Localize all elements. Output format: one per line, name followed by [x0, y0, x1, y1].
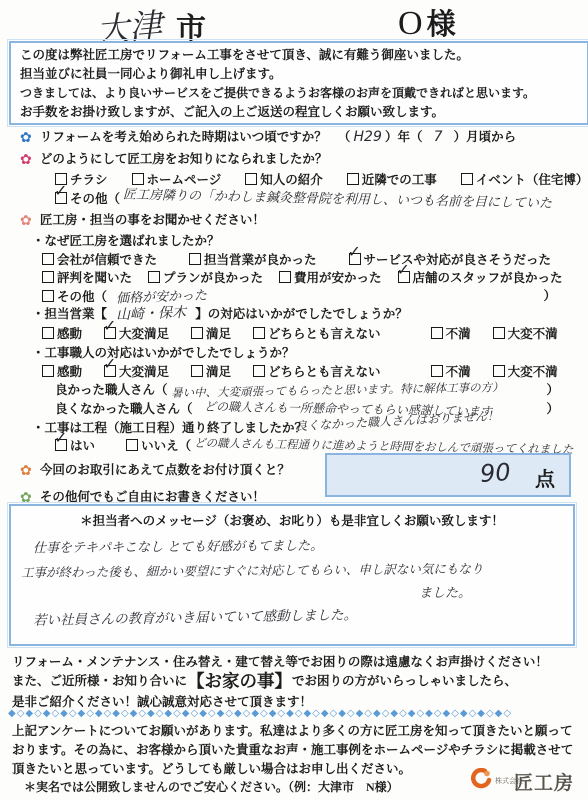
good-worker-row: 良かった職人さん（ 暑い中、大変頑張ってもらったと思います。特に解体工事の方） … [55, 380, 575, 398]
option-label: 費用が安かった [294, 271, 382, 285]
greeting-line-4: お手数をお掛け致しますが、ご記入の上ご返送の程宜しくお願い致します。 [20, 103, 578, 122]
rating-label: 感動 [57, 365, 82, 379]
checkbox-rating-very-unsatisfied[interactable] [493, 327, 505, 339]
checkbox-rating-unsatisfied[interactable] [431, 327, 443, 339]
paren-close: ） [543, 286, 556, 304]
question-period-label: リフォームを考え始められた時期はいつ頃ですか？ [40, 130, 327, 144]
checkbox-plan[interactable] [148, 271, 160, 283]
period-year-value: H29 [354, 129, 382, 145]
flower-bullet-icon: ✿ [20, 131, 32, 146]
checkbox-rating-very-unsatisfied[interactable] [493, 365, 505, 377]
sales-rating-row: 感動 ✓大変満足 満足 どちらとも言えない 不満 大変不満 [42, 324, 558, 342]
option-label: 会社が信頼できた [57, 253, 157, 267]
checkbox-nearby-work[interactable] [347, 173, 359, 185]
workers-question: ・工事職人の対応はいかがでしたでしょうか？ [32, 343, 295, 361]
checkbox-rating-kando[interactable] [42, 365, 54, 377]
schedule-label: 工事は工程（施工日程）通り終了しましたか？ [45, 421, 308, 435]
option-label: イベント（住宅博） [476, 173, 588, 187]
customer-initial: O [398, 5, 423, 42]
why-row-2: 評判を聞いた プランが良かった 費用が安かった ✓店舗のスタッフが良かった [42, 268, 563, 286]
yes-label: はい [70, 439, 95, 453]
checkbox-rating-very-satisfied-checked[interactable]: ✓ [104, 327, 116, 339]
rating-label: 不満 [446, 327, 471, 341]
checkbox-other-checked[interactable]: ✓ [55, 192, 67, 204]
company-logo: 株式会社 匠工房 [470, 768, 574, 795]
option-label: サービスや対応が良さそうだった [364, 253, 552, 267]
checkbox-rating-neutral[interactable] [253, 327, 265, 339]
greeting-line-1: この度は弊社匠工房でリフォーム工事をさせて頂き、誠に有難う御座いました。 [20, 46, 578, 65]
other-label: その他（ [70, 192, 120, 206]
customer-suffix: 様 [427, 9, 456, 41]
score-value-handwritten: 90 [480, 458, 512, 488]
comment-line-3: 若い社員さんの教育がいき届いていて感動しました。 [33, 603, 357, 629]
checkbox-referral[interactable] [245, 173, 257, 185]
diamond-divider: ◆◇◆◇◆◇◆◇◆◇◆◇◆◇◆◇◆◇◆◇◆◇◆◇◆◇◆◇◆◇◆◇◆◇◆◇◆◇◆◇… [8, 708, 580, 719]
footer-note: ＊実名では公開致しませんのでご安心ください。（例：大津市 N様） [24, 778, 399, 795]
checkbox-no[interactable] [126, 439, 138, 451]
option-label: 店舗のスタッフが良かった [413, 271, 563, 285]
sales-pre: 担当営業【 [45, 307, 108, 321]
rating-label: 大変不満 [508, 365, 558, 379]
question-source: ✿ どのようにして匠工房をお知りになられましたか？ [20, 149, 327, 169]
rating-label: 大変不満 [508, 327, 558, 341]
good-worker-label: 良かった職人さん（ [55, 383, 168, 397]
checkbox-cost[interactable] [279, 271, 291, 283]
question-free-label: その他何でもご自由にお書きください！ [40, 490, 265, 504]
footer-line-2-pre: また、ご近所様・お知り合いに [12, 671, 187, 689]
checkbox-trust[interactable] [42, 253, 54, 265]
check-icon: ✓ [348, 244, 361, 260]
why-row-1: 会社が信頼できた 担当営業が良かった ✓サービスや対応が良さそうだった [42, 250, 551, 268]
score-box: 90 点 [325, 453, 571, 497]
comment-box-header: ＊担当者へのメッセージ（お褒め、お叱り）も是非宜しくお願い致します！ [11, 511, 573, 529]
paren-open: （ [338, 130, 351, 144]
question-company: ✿ 匠工房・担当の事をお聞かせください！ [20, 210, 265, 230]
no-label: いいえ（ [141, 439, 191, 453]
checkbox-why-other[interactable] [42, 290, 54, 302]
other-label: その他（ [57, 290, 107, 304]
rating-label: 不満 [446, 365, 471, 379]
check-icon: ✓ [397, 262, 410, 278]
why-question: ・なぜ匠工房を選ばれましたか？ [32, 231, 220, 249]
rating-label: どちらとも言えない [268, 365, 381, 379]
greeting-box: この度は弊社匠工房でリフォーム工事をさせて頂き、誠に有難う御座いました。 担当並… [9, 41, 588, 125]
schedule-answer-row: ✓はい いいえ（ どの職人さんも工程通りに進めようと時間をおしんで頑張ってくれま… [55, 436, 574, 454]
option-label: 担当営業が良かった [204, 253, 317, 267]
flower-bullet-icon: ✿ [20, 153, 32, 168]
checkbox-sales-good[interactable] [189, 253, 201, 265]
paren-close: ）月頃から [454, 130, 517, 144]
question-score-label: 今回のお取引にあえて点数をお付け頂くと？ [40, 463, 290, 477]
logo-swirl-icon [470, 768, 492, 795]
comment-line-2: 工事が終わった後も、細かい要望にすぐに対応してもらい、申し訳ない気にもなり [21, 559, 484, 581]
checkbox-service-checked[interactable]: ✓ [349, 253, 361, 265]
workers-rating-row: 感動 ✓大変満足 満足 どちらとも言えない 不満 大変不満 [42, 362, 558, 380]
checkbox-shop-staff-checked[interactable]: ✓ [398, 271, 410, 283]
rating-label: どちらとも言えない [268, 327, 381, 341]
check-icon: ✓ [103, 356, 116, 372]
footer-line-2-emphasis: 【お家の事】 [187, 668, 292, 693]
greeting-line-2: 担当並びに社員一同心より御礼申し上げます。 [20, 65, 578, 84]
option-label: チラシ [70, 173, 108, 187]
score-unit: 点 [535, 463, 555, 492]
checkbox-reputation[interactable] [42, 271, 54, 283]
rating-label: 大変満足 [119, 365, 169, 379]
rating-label: 感動 [57, 327, 82, 341]
logo-company-type: 株式会社 [495, 778, 511, 785]
schedule-question: ・工事は工程（施工日程）通り終了しましたか？ [32, 418, 307, 436]
rating-label: 大変満足 [119, 327, 169, 341]
checkbox-yes-checked[interactable]: ✓ [55, 439, 67, 451]
free-comment-box: ＊担当者へのメッセージ（お褒め、お叱り）も是非宜しくお願い致します！ 仕事をテキ… [9, 504, 575, 646]
rating-label: 満足 [206, 365, 231, 379]
option-label: 評判を聞いた [57, 271, 132, 285]
rating-label: 満足 [206, 327, 231, 341]
option-label: 近隣での工事 [362, 173, 437, 187]
checkbox-rating-unsatisfied[interactable] [431, 365, 443, 377]
checkbox-rating-kando[interactable] [42, 327, 54, 339]
sales-question: ・担当営業【 山崎・保木 】の対応はいかがでしたでしょうか？ [32, 303, 408, 323]
flower-bullet-icon: ✿ [20, 214, 32, 229]
option-label: 知人の紹介 [260, 173, 323, 187]
check-icon: ✓ [103, 318, 116, 334]
checkbox-event[interactable] [461, 173, 473, 185]
question-period: ✿ リフォームを考え始められた時期はいつ頃ですか？ （ H29 ）年（ 7 ）月… [20, 127, 516, 147]
question-score: ✿ 今回のお取引にあえて点数をお付け頂くと？ [20, 460, 290, 480]
comment-line-1: 仕事をテキパキこなし とても好感がもてました。 [33, 535, 323, 557]
checkbox-rating-satisfied[interactable] [191, 365, 203, 377]
source-other-row: ✓その他（ 匠工房隣りの「かわしま鍼灸整骨院を利用し、いつも名前を目にしていた [55, 188, 552, 207]
footer-line-2-post: でお困りの方がいらっしゃいましたら、 [292, 671, 517, 689]
check-icon: ✓ [54, 183, 67, 199]
greeting-line-3: つきましては、より良いサービスをご提供できるようお客様のお声を頂戴できればと思い… [20, 84, 578, 103]
paren-year: ）年（ [385, 130, 423, 144]
check-icon: ✓ [54, 430, 67, 446]
logo-brand-name: 匠工房 [514, 768, 574, 795]
sales-post: 】の対応はいかがでしたでしょうか？ [195, 307, 408, 321]
sales-names-handwritten: 山崎・保木 [110, 302, 193, 325]
flower-bullet-icon: ✿ [20, 464, 32, 479]
checkbox-rating-neutral[interactable] [253, 365, 265, 377]
comment-line-2b: ました。 [419, 582, 471, 601]
bad-worker-label: 良くなかった職人さん（ [55, 402, 193, 416]
paren-close: ） [546, 399, 559, 417]
survey-sheet: 大津 市 O 様 この度は弊社匠工房でリフォーム工事をさせて頂き、誠に有難う御座… [0, 0, 588, 800]
source-other-handwritten: 匠工房隣りの「かわしま鍼灸整骨院を利用し、いつも名前を目にしていた [123, 184, 552, 212]
footer-line-2: また、ご近所様・お知り合いに 【お家の事】 でお困りの方がいらっしゃいましたら、 [12, 668, 517, 692]
question-source-label: どのようにして匠工房をお知りになられましたか？ [40, 152, 328, 166]
paren-close: ） [546, 380, 559, 398]
customer-name: O 様 [398, 2, 456, 43]
checkbox-rating-satisfied[interactable] [191, 327, 203, 339]
why-label: なぜ匠工房を選ばれましたか？ [45, 234, 220, 248]
workers-label: 工事職人の対応はいかがでしたでしょうか？ [45, 346, 295, 360]
period-month-value: 7 [426, 129, 451, 145]
question-company-label: 匠工房・担当の事をお聞かせください！ [40, 213, 265, 227]
checkbox-rating-very-satisfied-checked[interactable]: ✓ [104, 365, 116, 377]
option-label: プランが良かった [163, 271, 263, 285]
